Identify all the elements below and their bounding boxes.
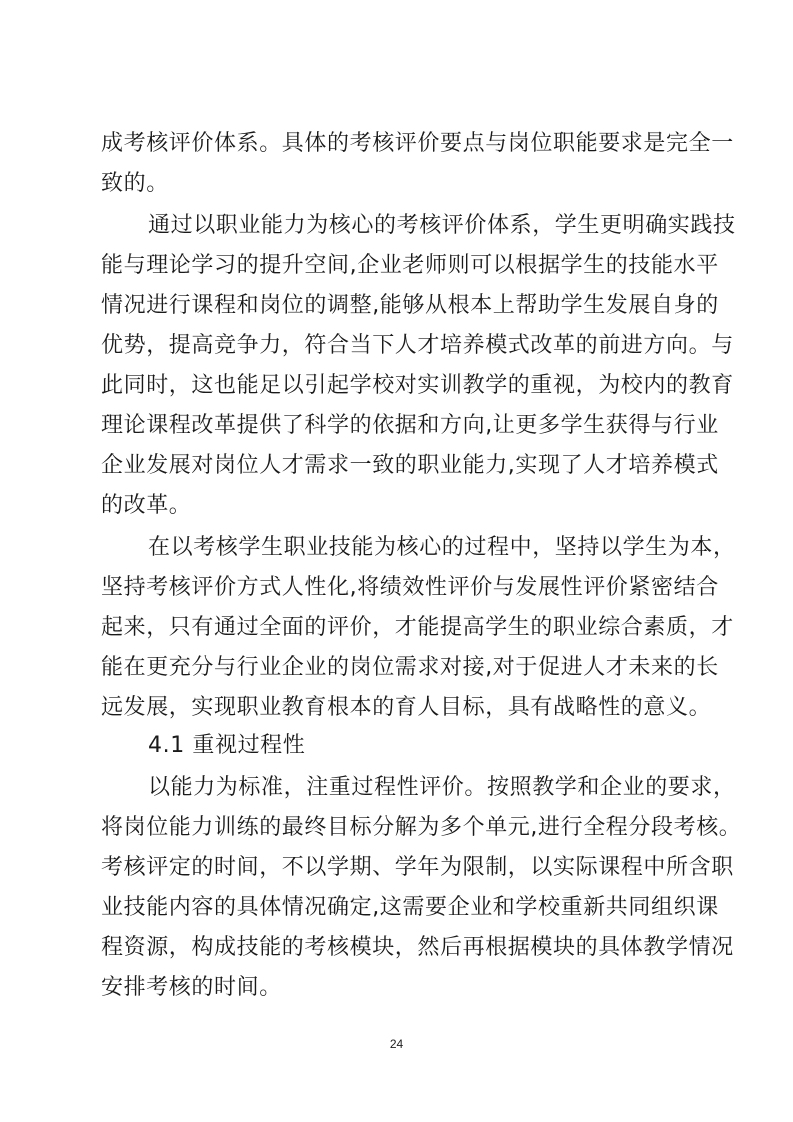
paragraph-line: 能在更充分与行业企业的岗位需求对接,对于促进人才未来的长 <box>101 648 695 688</box>
paragraph-line: 成考核评价体系。具体的考核评价要点与岗位职能要求是完全一 <box>101 124 695 164</box>
section-heading: 4.1 重视过程性 <box>148 726 748 766</box>
paragraph-line: 考核评定的时间，不以学期、学年为限制，以实际课程中所含职 <box>101 848 695 888</box>
page-number: 24 <box>0 1037 793 1051</box>
paragraph-line: 程资源，构成技能的考核模块，然后再根据模块的具体教学情况 <box>101 928 695 968</box>
paragraph-line: 优势，提高竞争力，符合当下人才培养模式改革的前进方向。与 <box>101 326 695 366</box>
paragraph-line: 坚持考核评价方式人性化,将绩效性评价与发展性评价紧密结合 <box>101 568 695 608</box>
paragraph-line: 理论课程改革提供了科学的依据和方向,让更多学生获得与行业 <box>101 406 695 446</box>
paragraph-line: 在以考核学生职业技能为核心的过程中，坚持以学生为本， <box>148 528 695 568</box>
paragraph-line: 远发展，实现职业教育根本的育人目标，具有战略性的意义。 <box>101 688 695 728</box>
paragraph-line: 安排考核的时间。 <box>101 968 701 1008</box>
paragraph-line: 情况进行课程和岗位的调整,能够从根本上帮助学生发展自身的 <box>101 286 695 326</box>
paragraph-line: 此同时，这也能足以引起学校对实训教学的重视，为校内的教育 <box>101 366 695 406</box>
document-page: 成考核评价体系。具体的考核评价要点与岗位职能要求是完全一 致的。 通过以职业能力… <box>0 0 793 1122</box>
paragraph-line: 将岗位能力训练的最终目标分解为多个单元,进行全程分段考核。 <box>101 808 695 848</box>
paragraph-line: 企业发展对岗位人才需求一致的职业能力,实现了人才培养模式 <box>101 446 695 486</box>
paragraph-line: 的改革。 <box>101 486 701 526</box>
paragraph-line: 能与理论学习的提升空间,企业老师则可以根据学生的技能水平 <box>101 246 695 286</box>
paragraph-line: 致的。 <box>101 164 701 204</box>
paragraph-line: 起来，只有通过全面的评价，才能提高学生的职业综合素质，才 <box>101 608 695 648</box>
paragraph-line: 业技能内容的具体情况确定,这需要企业和学校重新共同组织课 <box>101 888 695 928</box>
paragraph-line: 通过以职业能力为核心的考核评价体系，学生更明确实践技 <box>148 206 695 246</box>
paragraph-line: 以能力为标准，注重过程性评价。按照教学和企业的要求， <box>148 768 695 808</box>
